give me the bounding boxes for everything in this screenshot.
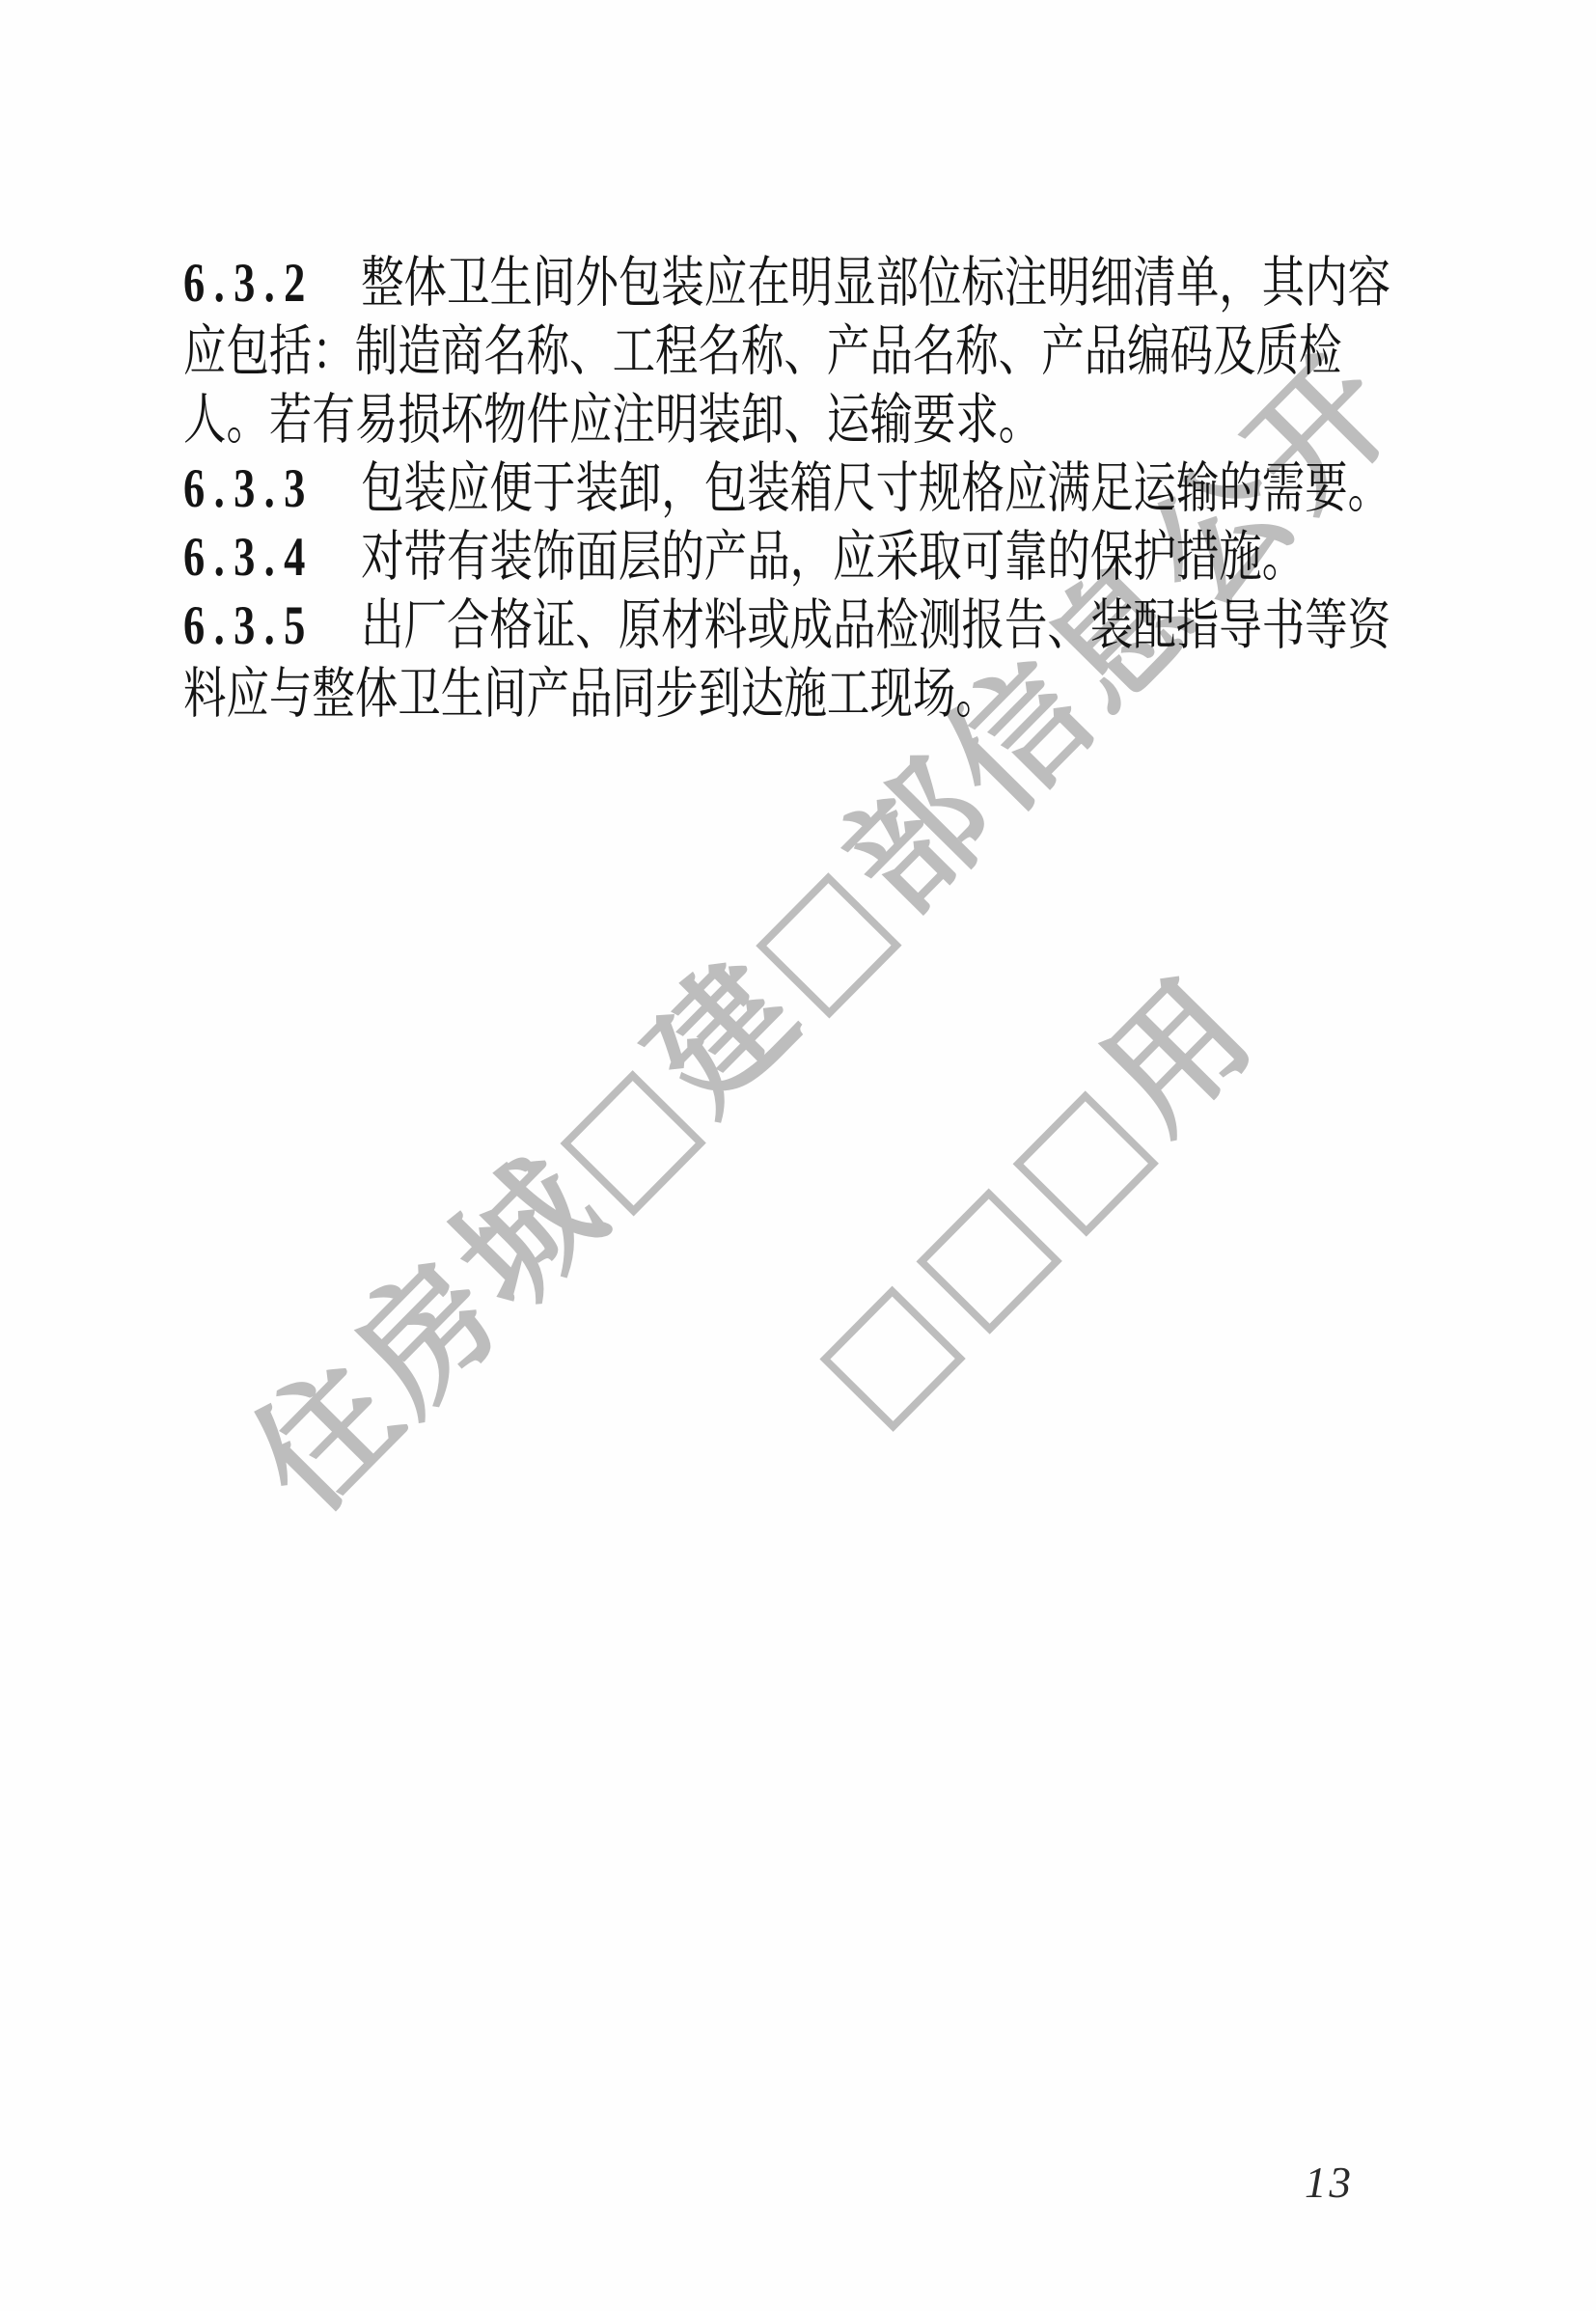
clause-text: 应包括：制造商名称、工程名称、产品名称、产品编码及质检 xyxy=(183,321,1341,382)
body-line: 6.3.2整体卫生间外包装应在明显部位标注明细清单，其内容 xyxy=(183,249,1282,317)
document-page: 住房城□建□部信息公开 □□□用 6.3.2整体卫生间外包装应在明显部位标注明细… xyxy=(0,0,1596,2311)
clause-text: 人。若有易损坏物件应注明装卸、运输要求。 xyxy=(183,390,1041,451)
body-line: 6.3.4对带有装饰面层的产品，应采取可靠的保护措施。 xyxy=(183,523,1282,592)
clause-text: 包装应便于装卸，包装箱尺寸规格应满足运输的需要。 xyxy=(361,458,1390,519)
page-number: 13 xyxy=(1305,2158,1354,2208)
clause-text: 对带有装饰面层的产品，应采取可靠的保护措施。 xyxy=(361,527,1305,588)
body-line: 应包括：制造商名称、工程名称、产品名称、产品编码及质检 xyxy=(183,317,1282,386)
clause-number: 6.3.2 xyxy=(183,253,315,314)
clause-number: 6.3.3 xyxy=(183,458,315,519)
clause-number: 6.3.4 xyxy=(183,527,315,588)
clause-text: 料应与整体卫生间产品同步到达施工现场。 xyxy=(183,664,999,725)
body-line: 人。若有易损坏物件应注明装卸、运输要求。 xyxy=(183,386,1282,454)
body-text-block: 6.3.2整体卫生间外包装应在明显部位标注明细清单，其内容 应包括：制造商名称、… xyxy=(183,249,1592,729)
clause-number: 6.3.5 xyxy=(183,595,315,656)
body-line: 料应与整体卫生间产品同步到达施工现场。 xyxy=(183,660,1282,729)
body-line: 6.3.5出厂合格证、原材料或成品检测报告、装配指导书等资 xyxy=(183,592,1282,660)
clause-text: 出厂合格证、原材料或成品检测报告、装配指导书等资 xyxy=(361,595,1390,656)
clause-text: 整体卫生间外包装应在明显部位标注明细清单，其内容 xyxy=(361,253,1390,314)
body-line: 6.3.3包装应便于装卸，包装箱尺寸规格应满足运输的需要。 xyxy=(183,454,1282,523)
